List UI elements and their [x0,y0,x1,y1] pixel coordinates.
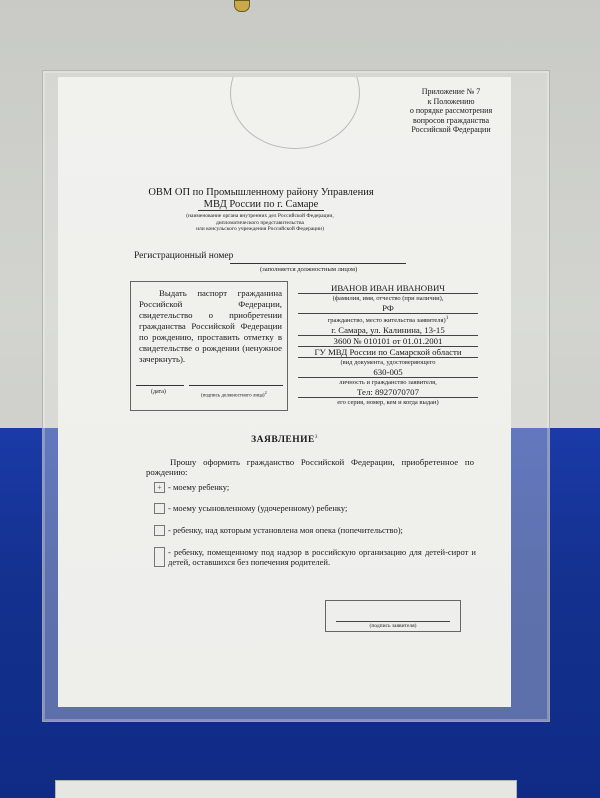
checkbox[interactable] [154,503,165,514]
option-guardianship-child[interactable]: - ребенку, над которым установлена моя о… [154,525,476,536]
official-instruction: Выдать паспорт гражданина Российской Фед… [139,288,282,365]
applicant-citizenship: РФ [298,303,478,314]
checkbox[interactable] [154,525,165,536]
series-hint: его серия, номер, кем и когда выдан) [298,398,478,407]
emblem-icon [234,0,250,12]
registration-label: Регистрационный номер [134,251,233,261]
document-hint: (вид документа, удостоверяющего [298,358,478,367]
request-text: Прошу оформить гражданство Российской Фе… [146,457,474,477]
issuer-code: 630-005 [298,367,478,378]
sleeve-cutout [230,37,360,149]
option-own-child[interactable]: + - моему ребенку; [154,482,476,493]
applicant-signature-box: (подпись заявителя) [325,600,461,632]
date-field [136,385,184,386]
option-adopted-child[interactable]: - моему усыновленному (удочеренному) реб… [154,503,476,514]
applicant-passport: 3600 № 010101 от 01.01.2001 [298,336,478,347]
application-form: Приложение № 7 к Положению о порядке рас… [58,77,511,707]
official-signature-field [189,385,283,386]
form-title: ЗАЯВЛЕНИЕ3 [58,435,511,445]
applicant-address: г. Самара, ул. Калинина, 13-15 [298,325,478,336]
passport-issuer: ГУ МВД России по Самарской области [298,347,478,358]
identity-hint: личность и гражданство заявителя, [298,378,478,387]
registration-hint: (заполняется должностным лицом) [260,266,357,273]
applicant-details: ИВАНОВ ИВАН ИВАНОВИЧ (фамилия, имя, отче… [298,283,478,407]
official-box: Выдать паспорт гражданина Российской Фед… [130,281,288,411]
authority-hint: (наименование органа внутренних дел Росс… [146,213,374,233]
citizenship-hint: гражданство, место жительства заявителя)… [298,314,478,325]
checkbox-checked[interactable]: + [154,482,165,493]
official-signature-label: (подпись должностного лица)2 [201,390,267,399]
authority-name: ОВМ ОП по Промышленному району Управлени… [136,187,386,211]
applicant-signature-label: (подпись заявителя) [326,623,460,629]
option-orphanage-child[interactable]: - ребенку, помещенному под надзор в росс… [154,547,476,567]
lower-sleeve [55,780,517,798]
checkbox[interactable] [154,547,165,567]
date-label: (дата) [151,389,166,395]
registration-field [230,263,406,264]
name-hint: (фамилия, имя, отчество (при наличии), [298,294,478,303]
applicant-phone: Тел: 8927070707 [298,387,478,398]
applicant-signature-field[interactable] [336,621,450,622]
appendix-note: Приложение № 7 к Положению о порядке рас… [396,87,506,135]
applicant-name: ИВАНОВ ИВАН ИВАНОВИЧ [298,283,478,294]
